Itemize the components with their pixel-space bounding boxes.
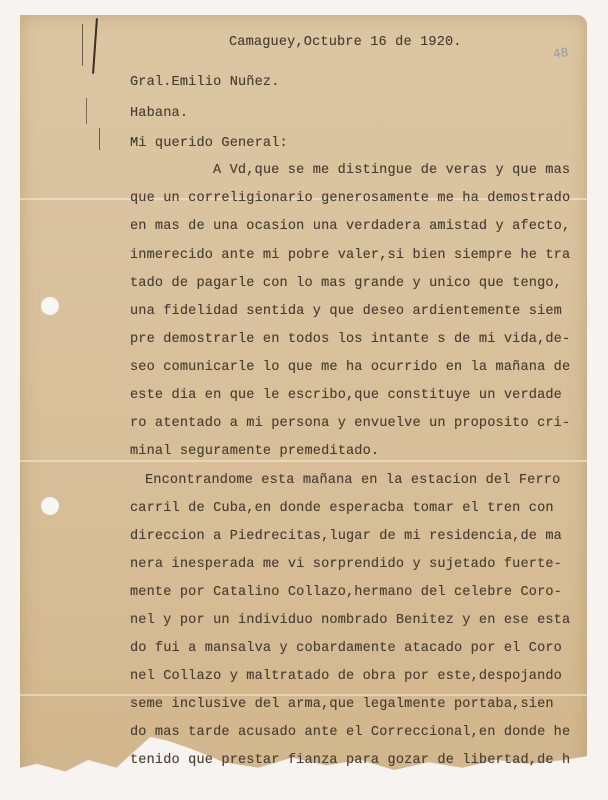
ink-margin-mark [99, 128, 100, 150]
body-line: do fui a mansalva y cobardamente atacado… [130, 641, 562, 656]
recipient-city: Habana. [130, 106, 188, 121]
body-line: seo comunicarle lo que me ha ocurrido en… [130, 360, 570, 375]
body-line: minal seguramente premeditado. [130, 444, 379, 459]
body-line: ro atentado a mi persona y envuelve un p… [130, 416, 570, 431]
ink-margin-mark [82, 24, 83, 66]
body-line: una fidelidad sentida y que deseo ardien… [130, 304, 562, 319]
punch-hole-icon [41, 297, 59, 315]
body-line: tenido que prestar fianza para gozar de … [130, 753, 570, 768]
archive-number: 48 [552, 45, 569, 61]
body-line: seme inclusive del arma,que legalmente p… [130, 697, 554, 712]
body-line: mente por Catalino Collazo,hermano del c… [130, 585, 562, 600]
punch-hole-icon [41, 497, 59, 515]
ink-margin-mark [86, 98, 87, 124]
body-line: este dia en que le escribo,que constituy… [130, 388, 562, 403]
body-line: Encontrandome esta mañana en la estacion… [145, 473, 560, 488]
dateline: Camaguey,Octubre 16 de 1920. [229, 35, 462, 50]
body-line: tado de pagarle con lo mas grande y unic… [130, 276, 562, 291]
body-line: nera inesperada me vi sorprendido y suje… [130, 557, 562, 572]
body-line: en mas de una ocasion una verdadera amis… [130, 219, 570, 234]
salutation: Mi querido General: [130, 136, 288, 151]
body-line: que un correligionario generosamente me … [130, 191, 570, 206]
body-line: do mas tarde acusado ante el Correcciona… [130, 725, 570, 740]
body-line: direccion a Piedrecitas,lugar de mi resi… [130, 529, 562, 544]
body-line: inmerecido ante mi pobre valer,si bien s… [130, 248, 570, 263]
recipient-name: Gral.Emilio Nuñez. [130, 75, 280, 90]
body-line: carril de Cuba,en donde esperacba tomar … [130, 501, 554, 516]
body-line: A Vd,que se me distingue de veras y que … [213, 163, 570, 178]
body-line: nel y por un individuo nombrado Benitez … [130, 613, 570, 628]
paper-fold-line [20, 694, 587, 696]
body-line: pre demostrarle en todos los intante s d… [130, 332, 570, 347]
paper-fold-line [20, 460, 587, 462]
body-line: nel Collazo y maltratado de obra por est… [130, 669, 562, 684]
